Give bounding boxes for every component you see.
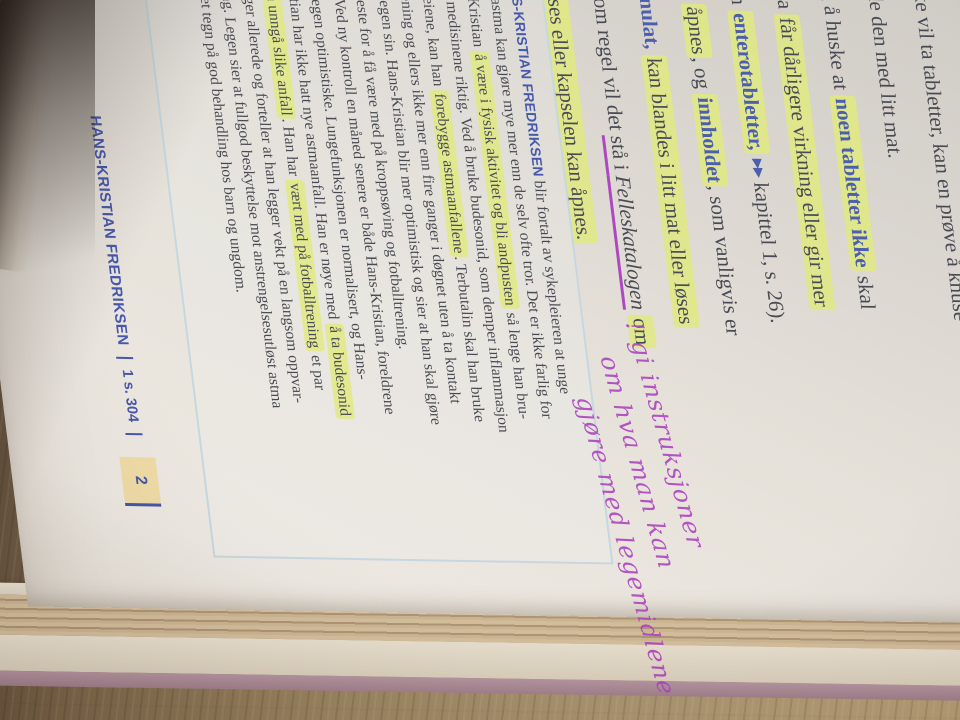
footer-reference: 1 s. 304 — [119, 369, 141, 422]
spine-shadow — [0, 0, 95, 430]
text-segment: g å huske at — [817, 0, 854, 96]
highlighted-text: innholdet — [691, 94, 728, 186]
footer-divider — [116, 356, 133, 358]
book-page: ke vil ta tabletter, kan en prøve å knus… — [0, 0, 960, 624]
text-segment: , som vanligvis er — [704, 186, 746, 336]
text-segment: skal — [852, 270, 881, 310]
page-number-tab: 2 — [119, 457, 161, 507]
highlighted-text: enterotabletter, — [727, 10, 771, 154]
text-segment: anulat, — [633, 0, 665, 50]
text-segment: ▶▶ — [750, 159, 767, 177]
book-photo: ke vil ta tabletter, kan en prøve å knus… — [0, 0, 960, 720]
text-segment: , og — [688, 57, 717, 94]
case-study-box: NS-KRISTIAN FREDRIKSEN blir fortalt av s… — [139, 0, 613, 565]
highlighted-text: åpnes — [680, 3, 713, 57]
text-segment: et par — [307, 351, 329, 390]
text-segment: Som regel vil det — [587, 0, 629, 136]
text-segment: stå i — [602, 136, 635, 176]
text-segment: kapittel 1, s. 26). — [748, 177, 790, 324]
text-segment: Felleskatalogen — [607, 175, 652, 310]
text-segment: m — [725, 0, 752, 10]
text-segment: da — [771, 0, 798, 15]
footer-divider — [126, 433, 143, 435]
